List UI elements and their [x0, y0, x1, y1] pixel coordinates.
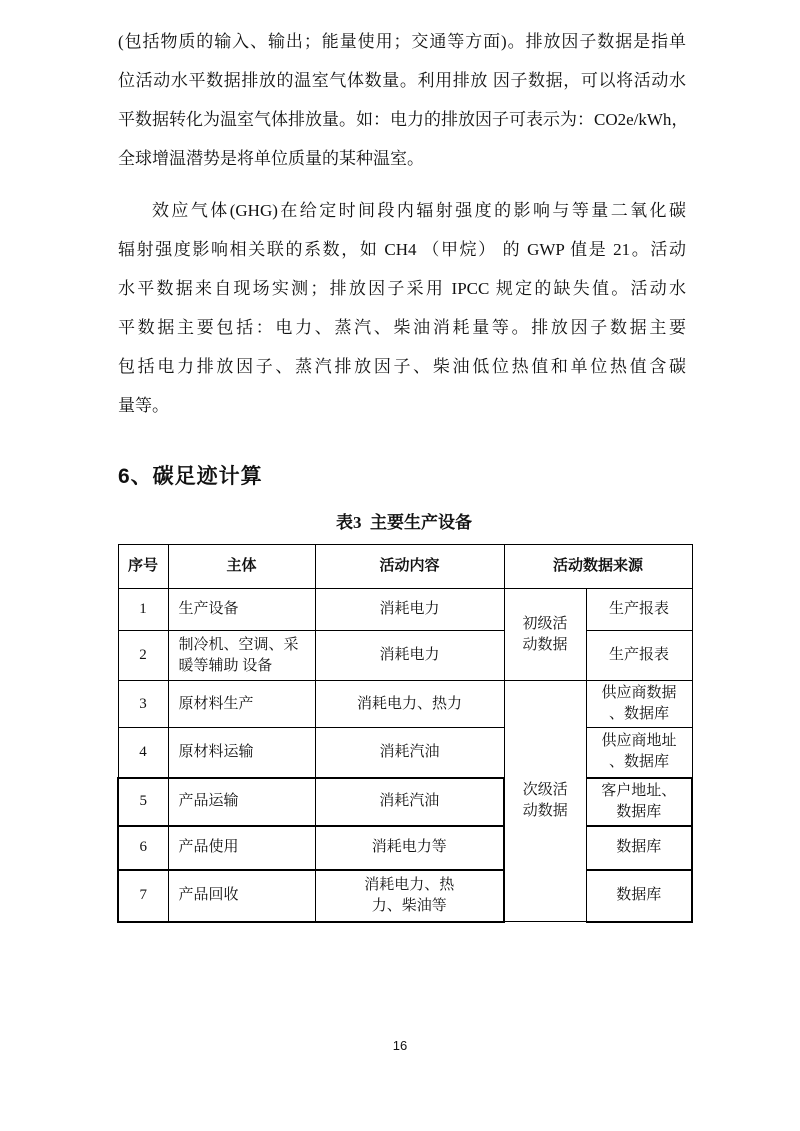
cell-activity: 消耗电力 [315, 631, 504, 681]
text-line: 平数据主要包括：电力、蒸汽、柴油消耗量等。排放因子数据主要 [118, 308, 686, 347]
paragraph-ghg-gwp: 效应气体(GHG)在给定时间段内辐射强度的影响与等量二氧化碳辐射强度影响相关联的… [118, 191, 686, 425]
header-index: 序号 [118, 545, 168, 589]
body-text: (包括物质的输入、输出；能量使用；交通等方面)。排放因子数据是指单位活动水平数据… [118, 22, 686, 425]
cell-subject: 原材料生产 [168, 681, 315, 728]
cell-subject: 产品运输 [168, 778, 315, 826]
table-row: 4 原材料运输 消耗汽油 供应商地址 、数据库 [118, 728, 692, 778]
cell-no: 6 [118, 826, 168, 870]
table-caption: 表3 主要生产设备 [118, 508, 690, 538]
text-line: 位活动水平数据排放的温室气体数量。利用排放 因子数据，可以将活动水 [118, 61, 686, 100]
header-source: 活动数据来源 [504, 545, 692, 589]
cell-no: 5 [118, 778, 168, 826]
paragraph-emission-factor: (包括物质的输入、输出；能量使用；交通等方面)。排放因子数据是指单位活动水平数据… [118, 22, 686, 178]
cell-activity: 消耗电力、热力 [315, 681, 504, 728]
cell-no: 2 [118, 631, 168, 681]
text-line: 量等。 [118, 386, 686, 425]
cell-source: 数据库 [586, 826, 692, 870]
cell-subject: 制冷机、空调、采暖等辅助 设备 [168, 631, 315, 681]
cell-activity: 消耗汽油 [315, 778, 504, 826]
text-line: 包括电力排放因子、蒸汽排放因子、柴油低位热值和单位热值含碳 [118, 347, 686, 386]
text-line: (包括物质的输入、输出；能量使用；交通等方面)。排放因子数据是指单 [118, 22, 686, 61]
header-subject: 主体 [168, 545, 315, 589]
cell-group-secondary: 次级活 动数据 [504, 681, 586, 922]
cell-no: 3 [118, 681, 168, 728]
document-page: (包括物质的输入、输出；能量使用；交通等方面)。排放因子数据是指单位活动水平数据… [0, 0, 800, 1131]
cell-source: 客户地址、 数据库 [586, 778, 692, 826]
text-line: 辐射强度影响相关联的系数，如 CH4 （甲烷） 的 GWP 值是 21。活动 [118, 230, 686, 269]
text-line: 全球增温潜势是将单位质量的某种温室。 [118, 139, 686, 178]
cell-no: 7 [118, 870, 168, 922]
cell-subject: 生产设备 [168, 589, 315, 631]
table-row: 2 制冷机、空调、采暖等辅助 设备 消耗电力 生产报表 [118, 631, 692, 681]
section-heading: 6、碳足迹计算 [118, 462, 686, 492]
cell-group-primary: 初级活 动数据 [504, 589, 586, 681]
table-row: 5 产品运输 消耗汽油 客户地址、 数据库 [118, 778, 692, 826]
table-header-row: 序号 主体 活动内容 活动数据来源 [118, 545, 692, 589]
cell-activity: 消耗汽油 [315, 728, 504, 778]
cell-subject: 原材料运输 [168, 728, 315, 778]
cell-subject: 产品使用 [168, 826, 315, 870]
production-equipment-table: 序号 主体 活动内容 活动数据来源 1 生产设备 消耗电力 初级活 动数据 生产… [117, 544, 693, 923]
cell-activity: 消耗电力等 [315, 826, 504, 870]
page-number: 16 [0, 1038, 800, 1053]
cell-subject: 产品回收 [168, 870, 315, 922]
cell-activity: 消耗电力 [315, 589, 504, 631]
cell-source: 供应商地址 、数据库 [586, 728, 692, 778]
table-row: 1 生产设备 消耗电力 初级活 动数据 生产报表 [118, 589, 692, 631]
cell-no: 1 [118, 589, 168, 631]
table-row: 7 产品回收 消耗电力、热 力、柴油等 数据库 [118, 870, 692, 922]
table-row: 6 产品使用 消耗电力等 数据库 [118, 826, 692, 870]
table-row: 3 原材料生产 消耗电力、热力 次级活 动数据 供应商数据 、数据库 [118, 681, 692, 728]
cell-source: 数据库 [586, 870, 692, 922]
text-line: 效应气体(GHG)在给定时间段内辐射强度的影响与等量二氧化碳 [118, 191, 686, 230]
text-line: 水平数据来自现场实测；排放因子采用 IPCC 规定的缺失值。活动水 [118, 269, 686, 308]
cell-source: 生产报表 [586, 631, 692, 681]
header-activity: 活动内容 [315, 545, 504, 589]
cell-activity: 消耗电力、热 力、柴油等 [315, 870, 504, 922]
cell-source: 供应商数据 、数据库 [586, 681, 692, 728]
cell-no: 4 [118, 728, 168, 778]
text-line: 平数据转化为温室气体排放量。如：电力的排放因子可表示为：CO2e/kWh， [118, 100, 686, 139]
cell-source: 生产报表 [586, 589, 692, 631]
